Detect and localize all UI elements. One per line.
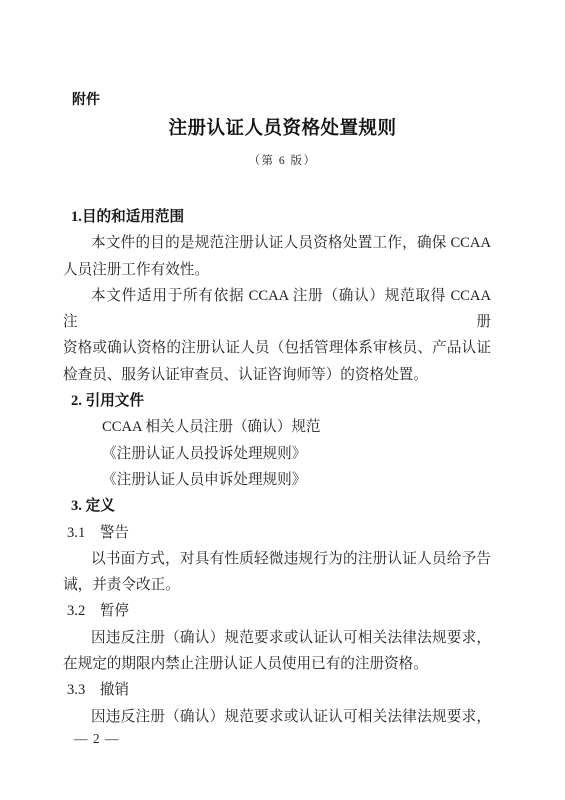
paragraph-line: 本文件的目的是规范注册认证人员资格处置工作，确保 CCAA — [63, 230, 491, 256]
paragraph-line: 本文件适用于所有依据 CCAA 注册（确认）规范取得 CCAA 注册 — [63, 283, 491, 336]
document-title: 注册认证人员资格处置规则 — [0, 117, 565, 141]
paragraph-line: 因违反注册（确认）规范要求或认证认可相关法律法规要求， — [63, 704, 491, 730]
paragraph-line: 检查员、服务认证审查员、认证咨询师等）的资格处置。 — [63, 362, 491, 388]
page-number: — 2 — — [74, 730, 120, 748]
section-2-heading: 2. 引用文件 — [71, 388, 491, 414]
section-3-heading: 3. 定义 — [71, 493, 491, 519]
attachment-label: 附件 — [72, 90, 100, 108]
reference-line: 《注册认证人员投诉处理规则》 — [102, 441, 491, 467]
subsection-3-3-heading: 3.3 撤销 — [67, 677, 491, 703]
reference-line: 《注册认证人员申诉处理规则》 — [102, 467, 491, 493]
document-body: 1.目的和适用范围 本文件的目的是规范注册认证人员资格处置工作，确保 CCAA … — [63, 204, 491, 730]
edition-label: （第 6 版） — [0, 153, 565, 169]
paragraph-line: 以书面方式，对具有性质轻微违规行为的注册认证人员给予告 — [63, 546, 491, 572]
subsection-3-1-heading: 3.1 警告 — [67, 520, 491, 546]
paragraph-line: 在规定的期限内禁止注册认证人员使用已有的注册资格。 — [63, 651, 491, 677]
subsection-3-2-heading: 3.2 暂停 — [67, 598, 491, 624]
document-page: 附件 注册认证人员资格处置规则 （第 6 版） 1.目的和适用范围 本文件的目的… — [0, 0, 565, 800]
paragraph-line: 资格或确认资格的注册认证人员（包括管理体系审核员、产品认证 — [63, 335, 491, 361]
paragraph-line: 人员注册工作有效性。 — [63, 257, 491, 283]
paragraph-line: 因违反注册（确认）规范要求或认证认可相关法律法规要求， — [63, 625, 491, 651]
section-1-heading: 1.目的和适用范围 — [71, 204, 491, 230]
paragraph-line: 诫，并责令改正。 — [63, 572, 491, 598]
reference-line: CCAA 相关人员注册（确认）规范 — [102, 414, 491, 440]
